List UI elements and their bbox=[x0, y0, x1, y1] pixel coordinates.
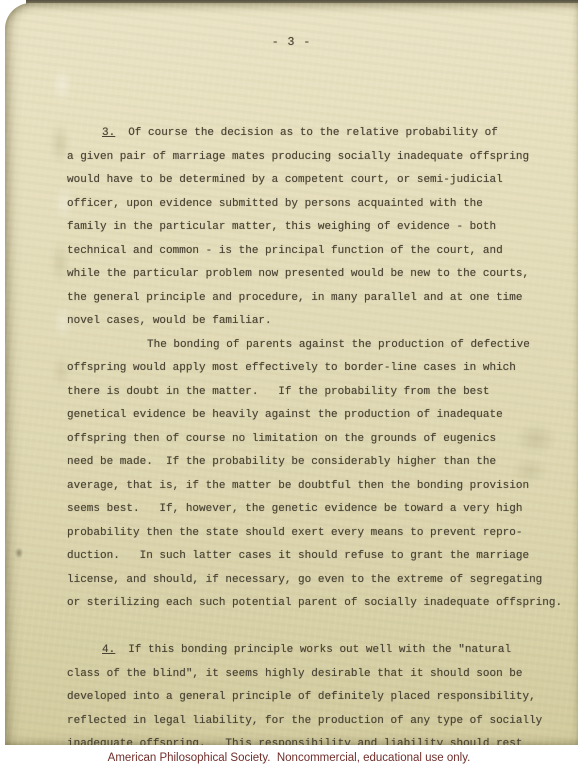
scanned-document-page: - 3 - 3.Of course the decision as to the… bbox=[0, 0, 578, 770]
section-number-4: 4. bbox=[102, 644, 115, 656]
document-body: 3.Of course the decision as to the relat… bbox=[67, 122, 575, 757]
paragraph-3-line: the general principle and procedure, in … bbox=[67, 287, 575, 311]
paragraph-3-line: while the particular problem now present… bbox=[67, 263, 575, 287]
paragraph-4-line: developed into a general principle of de… bbox=[67, 686, 575, 710]
paragraph-3-line: novel cases, would be familiar. bbox=[67, 310, 575, 334]
paragraph-bonding-line: genetical evidence be heavily against th… bbox=[67, 404, 575, 428]
paragraph-4-line: reflected in legal liability, for the pr… bbox=[67, 710, 575, 734]
paragraph-3-line: technical and common - is the principal … bbox=[67, 240, 575, 264]
archive-credit-text: American Philosophical Society. Noncomme… bbox=[108, 752, 471, 764]
paragraph-bonding-line: license, and should, if necessary, go ev… bbox=[67, 569, 575, 593]
paragraph-bonding-line: duction. In such latter cases it should … bbox=[67, 545, 575, 569]
paragraph-3-line: family in the particular matter, this we… bbox=[67, 216, 575, 240]
paragraph-bonding-line: offspring then of course no limitation o… bbox=[67, 428, 575, 452]
paragraph-3-line: officer, upon evidence submitted by pers… bbox=[67, 193, 575, 217]
paragraph-bonding-line: average, that is, if the matter be doubt… bbox=[67, 475, 575, 499]
typewritten-sheet: - 3 - 3.Of course the decision as to the… bbox=[5, 3, 578, 745]
paragraph-bonding-first-line: The bonding of parents against the produ… bbox=[67, 334, 575, 358]
archive-credit-bar: American Philosophical Society. Noncomme… bbox=[0, 745, 578, 770]
paragraph-4-line: If this bonding principle works out well… bbox=[128, 644, 511, 656]
paragraph-bonding-line: offspring would apply most effectively t… bbox=[67, 357, 575, 381]
paragraph-bonding: The bonding of parents against the produ… bbox=[67, 334, 575, 616]
paragraph-bonding-line: probability then the state should exert … bbox=[67, 522, 575, 546]
paper-smudge bbox=[11, 543, 27, 563]
paragraph-4-first-line: 4.If this bonding principle works out we… bbox=[67, 639, 575, 663]
paragraph-4-line: class of the blind", it seems highly des… bbox=[67, 663, 575, 687]
paragraph-bonding-line: need be made. If the probability be cons… bbox=[67, 451, 575, 475]
section-number-3: 3. bbox=[102, 127, 115, 139]
paragraph-3-first-line: 3.Of course the decision as to the relat… bbox=[67, 122, 575, 146]
paragraph-3: 3.Of course the decision as to the relat… bbox=[67, 122, 575, 334]
paragraph-bonding-line: seems best. If, however, the genetic evi… bbox=[67, 498, 575, 522]
paragraph-bonding-line: or sterilizing each such potential paren… bbox=[67, 592, 575, 616]
paragraph-3-line: Of course the decision as to the relativ… bbox=[128, 127, 498, 139]
paragraph-3-line: a given pair of marriage mates producing… bbox=[67, 146, 575, 170]
page-number: - 3 - bbox=[5, 36, 578, 49]
paragraph-4: 4.If this bonding principle works out we… bbox=[67, 639, 575, 757]
paragraph-bonding-line: there is doubt in the matter. If the pro… bbox=[67, 381, 575, 405]
paragraph-3-line: would have to be determined by a compete… bbox=[67, 169, 575, 193]
